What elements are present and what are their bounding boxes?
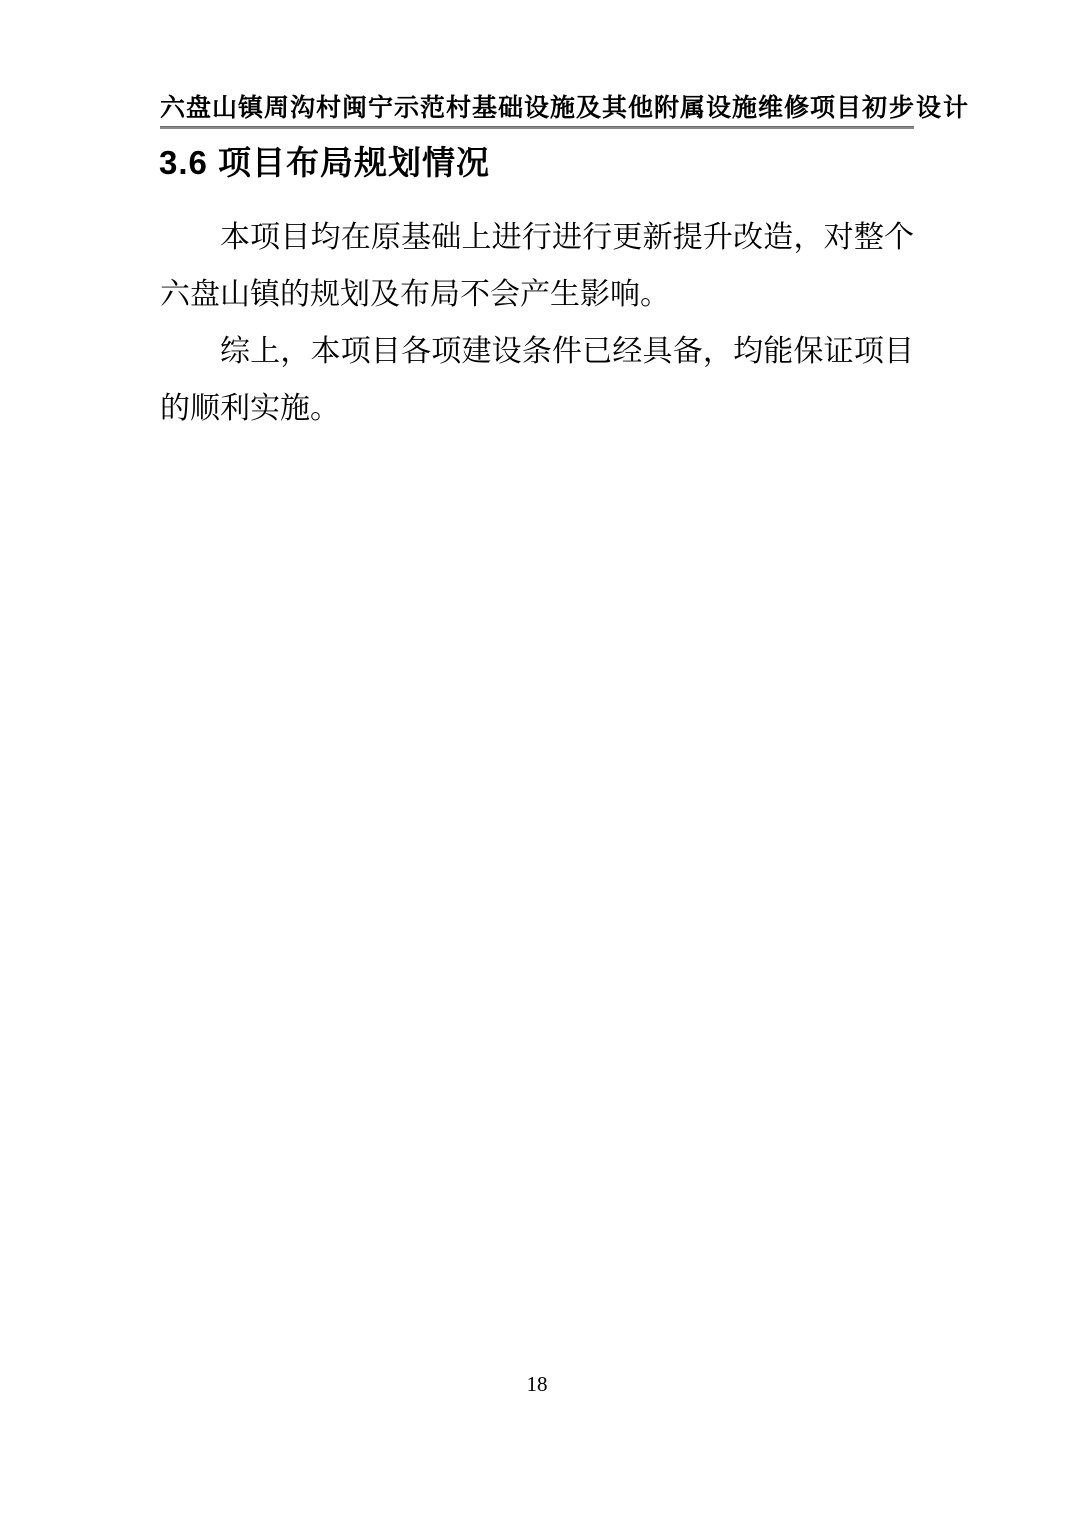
section-heading: 3.6 项目布局规划情况	[159, 137, 490, 184]
header-project-title: 六盘山镇周沟村闽宁示范村基础设施及其他附属设施维修项目	[160, 88, 862, 124]
page-footer: 18	[0, 1372, 1074, 1397]
document-page: 六盘山镇周沟村闽宁示范村基础设施及其他附属设施维修项目 初步设计 3.6 项目布…	[0, 0, 1074, 1520]
header-design-stage-label: 初步设计	[862, 88, 970, 124]
header-divider-rule	[160, 126, 914, 129]
document-body: 本项目均在原基础上进行进行更新提升改造，对整个六盘山镇的规划及布局不会产生影响。…	[160, 209, 914, 437]
body-paragraph-1: 本项目均在原基础上进行进行更新提升改造，对整个六盘山镇的规划及布局不会产生影响。	[160, 209, 914, 323]
body-paragraph-2: 综上，本项目各项建设条件已经具备，均能保证项目的顺利实施。	[160, 323, 914, 437]
page-number: 18	[527, 1372, 548, 1396]
page-header: 六盘山镇周沟村闽宁示范村基础设施及其他附属设施维修项目 初步设计	[160, 88, 914, 124]
